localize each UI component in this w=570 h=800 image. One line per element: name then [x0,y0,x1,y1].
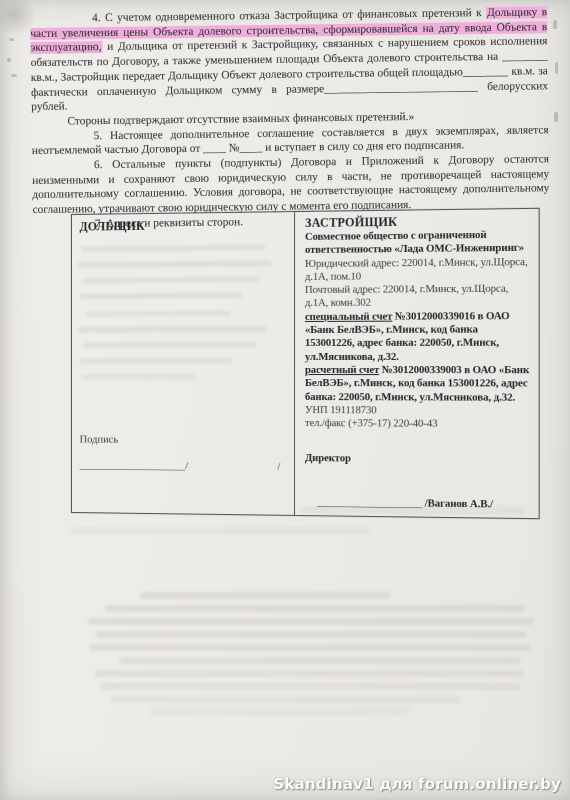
bleed-through-line [150,708,410,715]
requisites-table-frame: ДОЛЬЩИК Подпись ____________________/ / [71,208,540,519]
bleed-through-line [78,260,272,268]
shareholder-header: ДОЛЬЩИК [80,217,287,234]
bleed-through-line [300,507,525,514]
scan-speck [554,112,558,122]
shareholder-second-slash: / [277,461,280,473]
director-label: Директор [305,452,530,467]
developer-phone: тел./факс (+375-17) 220-40-43 [305,417,530,432]
developer-unp: УНП 191118730 [305,404,530,418]
scan-speck [553,20,557,29]
bleed-through-line [96,631,526,638]
bleed-through-line [81,244,265,252]
scanned-document-page: 4. С учетом одновременного отказа Застро… [0,0,570,800]
paragraph-4-post: и Дольщика от претензий к Застройщику, с… [31,36,548,114]
agreement-text-block: 4. С учетом одновременного отказа Застро… [30,5,550,232]
bleed-through-line [110,696,460,703]
scan-speck [9,38,14,41]
bleed-through-line [90,644,530,651]
bleed-through-line [81,374,196,380]
bleed-through-line [140,592,390,599]
scan-speck [7,58,11,62]
bleed-through-line [83,342,255,348]
developer-company-name: Совместное общество с ограниченной ответ… [305,228,530,257]
developer-settlement-account: расчетный счет №3012000339003 в ОАО «Бан… [305,364,530,405]
paragraph-4-pre: 4. С учетом одновременного отказа Застро… [92,7,486,24]
requisites-table: ДОЛЬЩИК Подпись ____________________/ / [71,208,540,519]
developer-postal-address: Почтовый адрес: 220014, г.Минск, ул.Щорс… [305,283,530,311]
developer-column: ЗАСТРОЙЩИК Совместное общество с огранич… [295,209,539,518]
scan-speck [555,62,558,74]
bleed-through-line [80,292,242,299]
shareholder-signature-line: ____________________/ [80,459,189,472]
bleed-through-line [100,683,520,690]
paragraph-4: 4. С учетом одновременного отказа Застро… [30,5,548,115]
special-account-label: специальный счет [305,310,392,322]
watermark-text: Skandinav1 для forum.onliner.by [273,775,561,793]
signature-label: Подпись [80,434,287,447]
developer-special-account: специальный счет №3012000339016 в ОАО «Б… [305,310,530,364]
bleed-through-line [95,670,525,677]
bleed-through-line [105,605,525,612]
developer-legal-address: Юридический адрес: 220014, г.Минск, ул.Щ… [305,255,530,284]
settlement-account-label: расчетный счет [305,364,379,376]
bleed-through-line [83,276,259,283]
shareholder-signature-row: ____________________/ / [80,459,287,473]
bleed-through-line [120,657,520,664]
bleed-through-line [85,310,230,317]
scan-speck [11,74,17,77]
bleed-through-line [78,326,267,333]
bleed-through-line [80,358,233,364]
bleed-through-line [88,618,533,625]
bleed-through-line [70,527,370,534]
shareholder-column: ДОЛЬЩИК Подпись ____________________/ / [72,212,295,515]
